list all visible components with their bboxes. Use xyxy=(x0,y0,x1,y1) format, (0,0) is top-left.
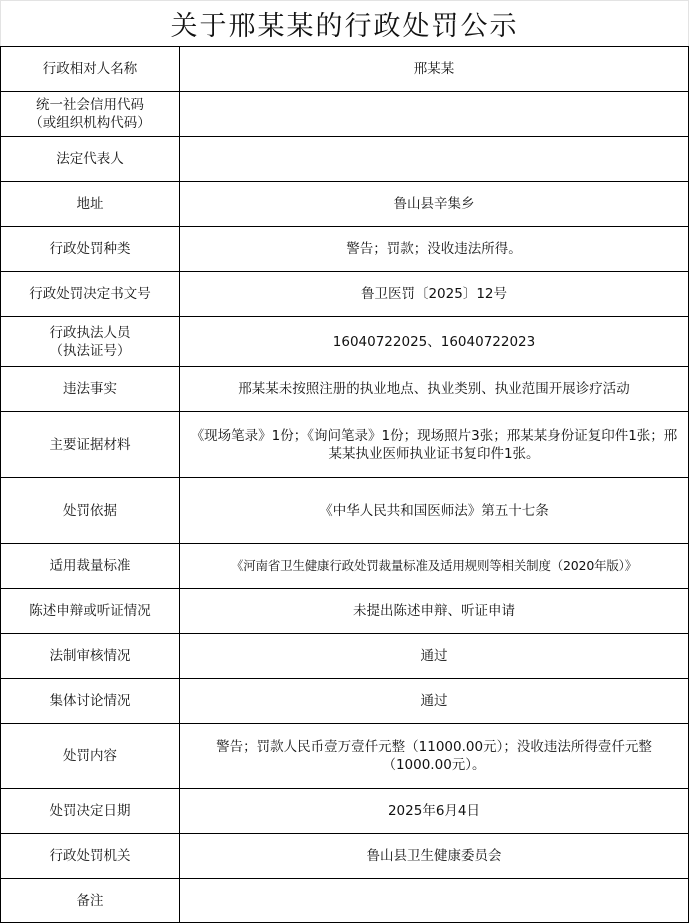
penalty-notice-table: 行政相对人名称 邢某某 统一社会信用代码 （或组织机构代码） 法定代表人 地址 … xyxy=(0,46,689,923)
row-label: 法定代表人 xyxy=(1,137,180,182)
row-label-line: （或组织机构代码） xyxy=(5,114,175,132)
table-row: 行政处罚决定书文号 鲁卫医罚〔2025〕12号 xyxy=(1,272,689,317)
row-label: 集体讨论情况 xyxy=(1,679,180,724)
row-value: 未提出陈述申辩、听证申请 xyxy=(180,589,689,634)
table-row: 法制审核情况 通过 xyxy=(1,634,689,679)
row-label-line: 统一社会信用代码 xyxy=(5,96,175,114)
row-label: 处罚依据 xyxy=(1,478,180,544)
row-value: 邢某某 xyxy=(180,47,689,92)
row-label: 适用裁量标准 xyxy=(1,544,180,589)
row-value: 邢某某未按照注册的执业地点、执业类别、执业范围开展诊疗活动 xyxy=(180,367,689,412)
row-label: 行政相对人名称 xyxy=(1,47,180,92)
row-value: 《中华人民共和国医师法》第五十七条 xyxy=(180,478,689,544)
row-label: 处罚决定日期 xyxy=(1,789,180,834)
table-row: 违法事实 邢某某未按照注册的执业地点、执业类别、执业范围开展诊疗活动 xyxy=(1,367,689,412)
row-value: 鲁卫医罚〔2025〕12号 xyxy=(180,272,689,317)
row-label-line: （执法证号） xyxy=(5,342,175,360)
table-row: 集体讨论情况 通过 xyxy=(1,679,689,724)
row-value xyxy=(180,137,689,182)
row-value: 鲁山县辛集乡 xyxy=(180,182,689,227)
table-row: 地址 鲁山县辛集乡 xyxy=(1,182,689,227)
row-label-line: 行政执法人员 xyxy=(5,324,175,342)
row-value xyxy=(180,879,689,923)
table-row: 行政处罚机关 鲁山县卫生健康委员会 xyxy=(1,834,689,879)
row-value: 16040722025、16040722023 xyxy=(180,317,689,367)
row-value: 《河南省卫生健康行政处罚裁量标准及适用规则等相关制度（2020年版）》 xyxy=(180,544,689,589)
table-row: 陈述申辩或听证情况 未提出陈述申辩、听证申请 xyxy=(1,589,689,634)
row-label: 处罚内容 xyxy=(1,724,180,789)
row-label: 主要证据材料 xyxy=(1,412,180,478)
row-value: 2025年6月4日 xyxy=(180,789,689,834)
row-label: 统一社会信用代码 （或组织机构代码） xyxy=(1,92,180,137)
table-row: 备注 xyxy=(1,879,689,923)
table-row: 适用裁量标准 《河南省卫生健康行政处罚裁量标准及适用规则等相关制度（2020年版… xyxy=(1,544,689,589)
row-label: 违法事实 xyxy=(1,367,180,412)
table-row: 主要证据材料 《现场笔录》1份；《询问笔录》1份；现场照片3张；邢某某身份证复印… xyxy=(1,412,689,478)
row-label: 行政执法人员 （执法证号） xyxy=(1,317,180,367)
row-label: 地址 xyxy=(1,182,180,227)
row-label: 备注 xyxy=(1,879,180,923)
row-value: 警告；罚款人民币壹万壹仟元整（11000.00元）；没收违法所得壹仟元整（100… xyxy=(180,724,689,789)
table-row: 统一社会信用代码 （或组织机构代码） xyxy=(1,92,689,137)
table-row: 行政处罚种类 警告；罚款；没收违法所得。 xyxy=(1,227,689,272)
row-label: 行政处罚决定书文号 xyxy=(1,272,180,317)
row-value: 警告；罚款；没收违法所得。 xyxy=(180,227,689,272)
row-label: 法制审核情况 xyxy=(1,634,180,679)
row-label: 行政处罚种类 xyxy=(1,227,180,272)
table-row: 处罚决定日期 2025年6月4日 xyxy=(1,789,689,834)
row-value: 《现场笔录》1份；《询问笔录》1份；现场照片3张；邢某某身份证复印件1张；邢某某… xyxy=(180,412,689,478)
row-label: 陈述申辩或听证情况 xyxy=(1,589,180,634)
table-row: 处罚内容 警告；罚款人民币壹万壹仟元整（11000.00元）；没收违法所得壹仟元… xyxy=(1,724,689,789)
table-row: 处罚依据 《中华人民共和国医师法》第五十七条 xyxy=(1,478,689,544)
row-value: 通过 xyxy=(180,679,689,724)
row-value: 鲁山县卫生健康委员会 xyxy=(180,834,689,879)
row-value: 通过 xyxy=(180,634,689,679)
row-label: 行政处罚机关 xyxy=(1,834,180,879)
row-value xyxy=(180,92,689,137)
table-row: 行政执法人员 （执法证号） 16040722025、16040722023 xyxy=(1,317,689,367)
table-row: 行政相对人名称 邢某某 xyxy=(1,47,689,92)
page-title: 关于邢某某的行政处罚公示 xyxy=(0,0,689,46)
table-row: 法定代表人 xyxy=(1,137,689,182)
